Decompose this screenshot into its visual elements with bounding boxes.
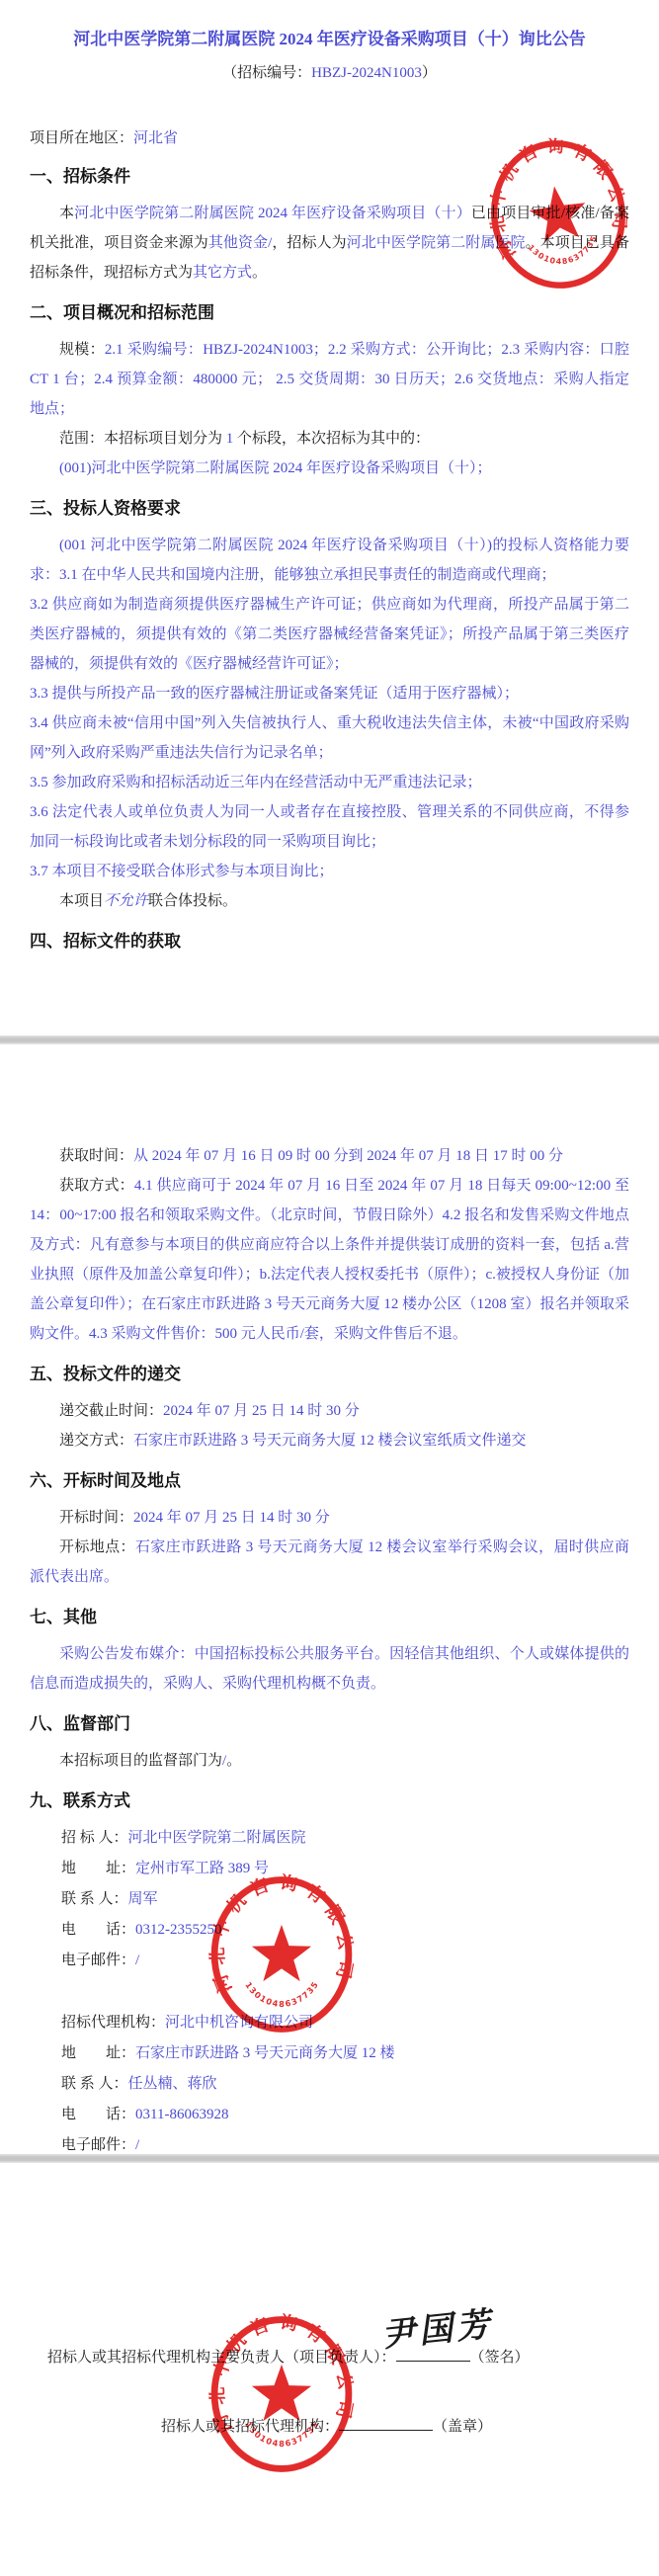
- qualification-3-2: 3.2 供应商如为制造商须提供医疗器械生产许可证；供应商如为代理商，所投产品属于…: [30, 590, 629, 679]
- text-segment: ，招标人为: [272, 235, 346, 251]
- contact-row: 电子邮件：/: [61, 1946, 629, 1976]
- contact-value: 周军: [128, 1891, 158, 1907]
- qualification-3-4: 3.4 供应商未被“信用中国”列入失信被执行人、重大税收违法失信主体，未被“中国…: [30, 708, 629, 768]
- text-segment: 开标时间：: [59, 1510, 133, 1526]
- section-heading-8: 八、监督部门: [30, 1710, 629, 1738]
- contact-label: 地 址：: [61, 2045, 135, 2061]
- section-heading-4: 四、招标文件的获取: [30, 928, 629, 956]
- text-segment: 3.2 供应商如为制造商须提供医疗器械生产许可证；供应商如为代理商，所投产品属于…: [30, 597, 629, 672]
- contact-label: 联 系 人：: [61, 2076, 128, 2092]
- section-heading-2: 二、项目概况和招标范围: [30, 299, 629, 327]
- text-segment: (001)河北中医学院第二附属医院 2024 年医疗设备采购项目（十）；: [59, 460, 492, 476]
- contact-row: 联 系 人：周军: [61, 1884, 629, 1915]
- contact-row: 地 址：定州市军工路 389 号: [61, 1854, 629, 1884]
- text-segment: 其它方式: [193, 265, 252, 281]
- supervision-paragraph: 本招标项目的监督部门为/。: [30, 1746, 629, 1776]
- text-segment: 获取时间：: [59, 1148, 133, 1164]
- qualification-3-6: 3.6 法定代表人或单位负责人为同一人或者存在直接控股、管理关系的不同供应商，不…: [30, 797, 629, 857]
- text-segment: 联合体投标。: [148, 893, 237, 909]
- contact-value: 0312-2355250: [135, 1922, 222, 1938]
- text-segment: 范围：本招标项目划分为: [59, 431, 226, 447]
- contact-row: 招 标 人：河北中医学院第二附属医院: [61, 1823, 629, 1854]
- contact-label: 联 系 人：: [61, 1891, 128, 1907]
- contact-value: 石家庄市跃进路 3 号天元商务大厦 12 楼: [135, 2045, 395, 2061]
- section-heading-1: 一、招标条件: [30, 163, 629, 191]
- section-heading-9: 九、联系方式: [30, 1787, 629, 1815]
- contact-row: 电 话：0311-86063928: [61, 2100, 629, 2130]
- agency-contacts: 招标代理机构：河北中机咨询有限公司 地 址：石家庄市跃进路 3 号天元商务大厦 …: [61, 2008, 629, 2154]
- text-segment: 4.1 供应商可于 2024 年 07 月 16 日至 2024 年 07 月 …: [30, 1178, 629, 1342]
- opening-time-line: 开标时间：2024 年 07 月 25 日 14 时 30 分: [30, 1503, 629, 1533]
- contact-row: 联 系 人：任丛楠、蒋欣: [61, 2069, 629, 2100]
- organization-stamp-line: 招标人或其招标代理机构：（盖章）: [161, 2412, 659, 2442]
- contact-label: 电子邮件：: [61, 1953, 135, 1968]
- text-segment: 获取方式：: [59, 1178, 134, 1194]
- opening-place-paragraph: 开标地点：石家庄市跃进路 3 号天元商务大厦 12 楼会议室举行采购会议，届时供…: [30, 1533, 629, 1592]
- text-segment: (001 河北中医学院第二附属医院 2024 年医疗设备采购项目（十）)的投标人…: [30, 538, 629, 583]
- contact-value: 任丛楠、蒋欣: [128, 2076, 217, 2092]
- section-heading-7: 七、其他: [30, 1604, 629, 1631]
- tender-conditions-paragraph: 本河北中医学院第二附属医院 2024 年医疗设备采购项目（十）已由项目审批/核准…: [30, 199, 629, 288]
- text-segment: 递交方式：: [59, 1433, 133, 1449]
- contact-row: 电子邮件：/: [61, 2130, 629, 2154]
- text-segment: 3.5 参加政府采购和招标活动近三年内在经营活动中无严重违法记录；: [30, 775, 482, 790]
- text-segment: 递交截止时间：: [59, 1403, 163, 1419]
- text-segment: 本: [59, 206, 74, 221]
- text-segment: 3.7 本项目不接受联合体形式参与本项目询比；: [30, 864, 334, 879]
- page-3: 招标人或其招标代理机构主要负责人（项目负责人）：（签名） 尹国芳 招标人或其招标…: [0, 2163, 659, 2576]
- contact-label: 招 标 人：: [61, 1830, 128, 1846]
- contact-label: 电子邮件：: [61, 2137, 135, 2153]
- sign-line1-suffix: （签名）: [470, 2350, 530, 2366]
- stamp-underline: [339, 2416, 433, 2431]
- text-segment: 河北中医学院第二附属医院: [347, 235, 526, 251]
- text-segment: 3.3 提供与所投产品一致的医疗器械注册证或备案凭证（适用于医疗器械）；: [30, 686, 519, 702]
- qualification-3-1: (001 河北中医学院第二附属医院 2024 年医疗设备采购项目（十）)的投标人…: [30, 531, 629, 590]
- contact-label: 地 址：: [61, 1861, 135, 1876]
- page-2: 获取时间：从 2024 年 07 月 16 日 09 时 00 分到 2024 …: [0, 1044, 659, 2154]
- sign-line2-label: 招标人或其招标代理机构：: [161, 2419, 339, 2435]
- page-divider: [0, 2154, 659, 2163]
- submission-deadline-line: 递交截止时间：2024 年 07 月 25 日 14 时 30 分: [30, 1396, 629, 1426]
- text-segment: 。: [252, 265, 267, 281]
- tender-number-line: （招标编号：HBZJ-2024N1003）: [30, 60, 629, 86]
- text-segment: 开标地点：: [59, 1539, 135, 1555]
- text-segment: 2.1 采购编号：HBZJ-2024N1003；2.2 采购方式：公开询比；2.…: [30, 342, 629, 417]
- lot-001-line: (001)河北中医学院第二附属医院 2024 年医疗设备采购项目（十）；: [30, 454, 629, 483]
- text-segment: 3.6 法定代表人或单位负责人为同一人或者存在直接控股、管理关系的不同供应商，不…: [30, 804, 629, 850]
- contact-value: 0311-86063928: [135, 2107, 228, 2122]
- page-1: 河北中医学院第二附属医院 2024 年医疗设备采购项目（十）询比公告 （招标编号…: [0, 0, 659, 1036]
- text-segment: 3.4 供应商未被“信用中国”列入失信被执行人、重大税收违法失信主体，未被“中国…: [30, 715, 629, 761]
- contact-value: 河北中机咨询有限公司: [165, 2015, 313, 2031]
- document-title: 河北中医学院第二附属医院 2024 年医疗设备采购项目（十）询比公告: [30, 27, 629, 52]
- project-scale-paragraph: 规模：2.1 采购编号：HBZJ-2024N1003；2.2 采购方式：公开询比…: [30, 335, 629, 424]
- handwritten-signature: 尹国芳: [380, 2309, 496, 2351]
- obtain-method-paragraph: 获取方式：4.1 供应商可于 2024 年 07 月 16 日至 2024 年 …: [30, 1171, 629, 1349]
- contact-value: 定州市军工路 389 号: [135, 1861, 269, 1876]
- submission-method-line: 递交方式：石家庄市跃进路 3 号天元商务大厦 12 楼会议室纸质文件递交: [30, 1426, 629, 1455]
- document: 河北中医学院第二附属医院 2024 年医疗设备采购项目（十）询比公告 （招标编号…: [0, 0, 659, 2576]
- qualification-3-7: 3.7 本项目不接受联合体形式参与本项目询比；: [30, 857, 629, 886]
- text-segment: 本招标项目的监督部门为: [59, 1753, 222, 1769]
- text-segment: HBZJ-2024N1003: [311, 65, 422, 81]
- text-segment: 石家庄市跃进路 3 号天元商务大厦 12 楼会议室纸质文件递交: [133, 1433, 527, 1449]
- text-segment: 采购公告发布媒介：中国招标投标公共服务平台。因轻信其他组织、个人或媒体提供的信息…: [30, 1646, 629, 1692]
- announcement-media-paragraph: 采购公告发布媒介：中国招标投标公共服务平台。因轻信其他组织、个人或媒体提供的信息…: [30, 1639, 629, 1699]
- text-segment: 个标段，本次招标为其中的：: [233, 431, 430, 447]
- section-heading-6: 六、开标时间及地点: [30, 1467, 629, 1495]
- text-segment: 河北中医学院第二附属医院 2024 年医疗设备采购项目（十）: [74, 206, 471, 221]
- contact-label: 电 话：: [61, 1922, 135, 1938]
- contact-value: 河北中医学院第二附属医院: [128, 1830, 306, 1846]
- page-divider: [0, 1036, 659, 1044]
- text-segment: 不允许: [104, 893, 148, 909]
- qualification-3-3: 3.3 提供与所投产品一致的医疗器械注册证或备案凭证（适用于医疗器械）；: [30, 679, 629, 708]
- text-segment: 从 2024 年 07 月 16 日 09 时 00 分到 2024 年 07 …: [133, 1148, 563, 1164]
- responsible-person-sign-line: 招标人或其招标代理机构主要负责人（项目负责人）：（签名） 尹国芳: [47, 2343, 659, 2372]
- text-segment: 其他资金/: [208, 235, 272, 251]
- text-segment: 。: [226, 1753, 241, 1769]
- section-heading-5: 五、投标文件的递交: [30, 1361, 629, 1388]
- text-segment: 本项目: [59, 893, 104, 909]
- text-segment: 2024 年 07 月 25 日 14 时 30 分: [163, 1403, 360, 1419]
- qualification-3-5: 3.5 参加政府采购和招标活动近三年内在经营活动中无严重违法记录；: [30, 768, 629, 797]
- contact-label: 电 话：: [61, 2107, 135, 2122]
- text-segment: （招标编号：: [222, 65, 311, 81]
- sign-line1-label: 招标人或其招标代理机构主要负责人（项目负责人）：: [47, 2350, 396, 2366]
- contact-label: 招标代理机构：: [61, 2015, 165, 2031]
- obtain-time-line: 获取时间：从 2024 年 07 月 16 日 09 时 00 分到 2024 …: [30, 1141, 629, 1171]
- text-segment: 项目所在地区：: [30, 130, 133, 146]
- project-scope-paragraph: 范围：本招标项目划分为 1 个标段，本次招标为其中的：: [30, 424, 629, 454]
- text-segment: 河北省: [133, 130, 178, 146]
- contact-row: 招标代理机构：河北中机咨询有限公司: [61, 2008, 629, 2038]
- contact-row: 地 址：石家庄市跃进路 3 号天元商务大厦 12 楼: [61, 2038, 629, 2069]
- project-region-line: 项目所在地区：河北省: [30, 125, 629, 151]
- sign-line2-suffix: （盖章）: [433, 2419, 492, 2435]
- contact-row: 电 话：0312-2355250: [61, 1915, 629, 1946]
- text-segment: 2024 年 07 月 25 日 14 时 30 分: [133, 1510, 330, 1526]
- tenderer-contacts: 招 标 人：河北中医学院第二附属医院 地 址：定州市军工路 389 号 联 系 …: [61, 1823, 629, 2154]
- text-segment: 规模：: [59, 342, 105, 358]
- text-segment: ）: [422, 65, 437, 81]
- section-heading-3: 三、投标人资格要求: [30, 495, 629, 523]
- consortium-note: 本项目不允许联合体投标。: [30, 886, 629, 916]
- contact-value: /: [135, 2137, 139, 2153]
- contact-value: /: [135, 1953, 139, 1968]
